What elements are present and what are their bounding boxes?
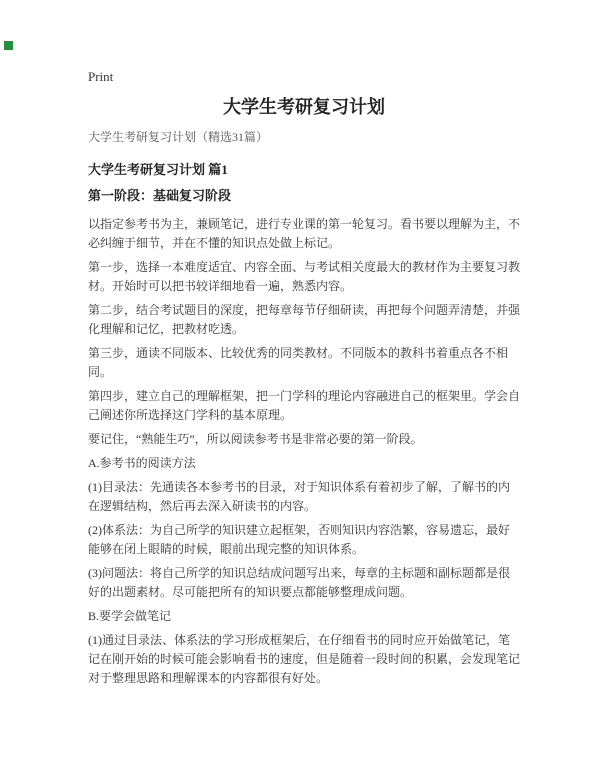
paragraph: (1)通过目录法、体系法的学习形成框架后，在仔细看书的同时应开始做笔记，笔记在刚… — [88, 631, 520, 688]
print-button[interactable]: Print — [88, 70, 113, 84]
green-marker — [4, 41, 13, 50]
paragraph: 以指定参考书为主，兼顾笔记，进行专业课的第一轮复习。看书要以理解为主，不必纠缠于… — [88, 215, 520, 253]
paragraph: 第三步，通读不同版本、比较优秀的同类教材。不同版本的教科书着重点各不相同。 — [88, 344, 520, 382]
paragraph: (2)体系法：为自己所学的知识建立起框架，否则知识内容浩繁，容易遗忘，最好能够在… — [88, 521, 520, 559]
section-heading: 大学生考研复习计划 篇1 — [88, 160, 520, 179]
paragraph: A.参考书的阅读方法 — [88, 454, 520, 473]
document-body: 大学生考研复习计划 大学生考研复习计划（精选31篇） 大学生考研复习计划 篇1 … — [88, 95, 520, 693]
paragraph: 第四步，建立自己的理解框架，把一门学科的理论内容融进自己的框架里。学会自己阐述你… — [88, 387, 520, 425]
page-title: 大学生考研复习计划 — [88, 95, 520, 119]
document-subtitle: 大学生考研复习计划（精选31篇） — [88, 129, 520, 146]
paragraph: (3)问题法：将自己所学的知识总结成问题写出来，每章的主标题和副标题都是很好的出… — [88, 564, 520, 602]
paragraph: 第二步，结合考试题目的深度，把每章每节仔细研读，再把每个问题弄清楚，并强化理解和… — [88, 301, 520, 339]
paragraph: (1)目录法：先通读各本参考书的目录，对于知识体系有着初步了解，了解书的内在逻辑… — [88, 478, 520, 516]
paragraph: 要记住，“熟能生巧”，所以阅读参考书是非常必要的第一阶段。 — [88, 430, 520, 449]
stage-heading: 第一阶段：基础复习阶段 — [88, 186, 520, 205]
paragraph: B.要学会做笔记 — [88, 607, 520, 626]
paragraph: 第一步，选择一本难度适宜、内容全面、与考试相关度最大的教材作为主要复习教材。开始… — [88, 258, 520, 296]
